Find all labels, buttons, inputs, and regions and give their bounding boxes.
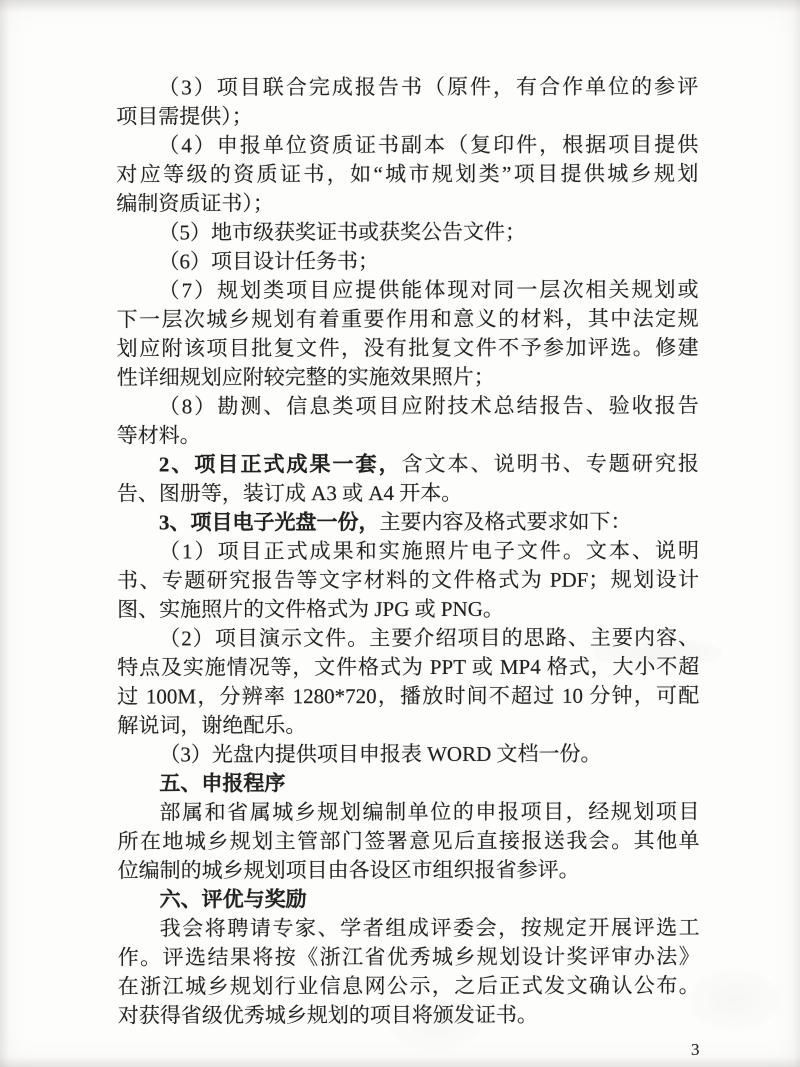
bold-text-run: 2、项目正式成果一套， bbox=[159, 452, 402, 476]
text-line: 部属和省属城乡规划编制单位的申报项目，经规划项目 bbox=[117, 797, 699, 827]
text-line: 过 100M，分辨率 1280*720，播放时间不超过 10 分钟，可配 bbox=[117, 681, 699, 711]
text-run: 等材料。 bbox=[117, 423, 201, 447]
text-run: （6）项目设计任务书； bbox=[158, 249, 379, 273]
text-line: （3）项目联合完成报告书（原件，有合作单位的参评 bbox=[116, 72, 698, 102]
text-line: （8）勘测、信息类项目应附技术总结报告、验收报告 bbox=[117, 391, 699, 421]
text-run: 对应等级的资质证书，如“城市规划类”项目提供城乡规划 bbox=[116, 161, 698, 186]
text-run: 图、实施照片的文件格式为 JPG 或 PNG。 bbox=[117, 597, 504, 622]
text-line: （7）规划类项目应提供能体现对同一层次相关规划或 bbox=[117, 275, 699, 305]
scan-edge-shadow-left bbox=[0, 0, 9, 1067]
text-line: （2）项目演示文件。主要介绍项目的思路、主要内容、 bbox=[117, 623, 699, 653]
text-line: 位编制的城乡规划项目由各设区市组织报省参评。 bbox=[118, 855, 700, 885]
text-line: 我会将聘请专家、学者组成评委会，按规定开展评选工 bbox=[118, 913, 700, 943]
bold-text-run: 五、申报程序 bbox=[159, 771, 285, 795]
text-line: 性详细规划应附较完整的实施效果照片； bbox=[117, 362, 699, 392]
text-run: 书、专题研究报告等文字材料的文件格式为 PDF；规划设计 bbox=[117, 567, 699, 592]
text-line: （6）项目设计任务书； bbox=[116, 246, 698, 276]
text-line: 下一层次城乡规划有着重要作用和意义的材料，其中法定规 bbox=[117, 304, 699, 334]
text-run: 我会将聘请专家、学者组成评委会，按规定开展评选工 bbox=[160, 915, 700, 940]
text-line: 2、项目正式成果一套，含文本、说明书、专题研究报 bbox=[117, 449, 699, 479]
text-run: （7）规划类项目应提供能体现对同一层次相关规划或 bbox=[159, 277, 699, 302]
text-line: 所在地城乡规划主管部门签署意见后直接报送我会。其他单 bbox=[117, 826, 699, 856]
text-run: 划应附该项目批复文件，没有批复文件不予参加评选。修建 bbox=[117, 335, 699, 360]
text-run: 告、图册等，装订成 A3 或 A4 开本。 bbox=[117, 481, 462, 506]
text-line: 对应等级的资质证书，如“城市规划类”项目提供城乡规划 bbox=[116, 159, 698, 189]
text-run: 特点及实施情况等，文件格式为 PPT 或 MP4 格式，大小不超 bbox=[117, 654, 699, 679]
text-line: 编制资质证书）； bbox=[116, 188, 698, 218]
scan-smudge bbox=[690, 970, 780, 1030]
text-run: 对获得省级优秀城乡规划的项目将颁发证书。 bbox=[118, 1003, 538, 1028]
text-line: 解说词，谢绝配乐。 bbox=[117, 710, 699, 740]
text-line: （5）地市级获奖证书或获奖公告文件； bbox=[116, 217, 698, 247]
text-run: 所在地城乡规划主管部门签署意见后直接报送我会。其他单 bbox=[117, 828, 699, 853]
text-line: 图、实施照片的文件格式为 JPG 或 PNG。 bbox=[117, 594, 699, 624]
text-line: 书、专题研究报告等文字材料的文件格式为 PDF；规划设计 bbox=[117, 565, 699, 595]
text-run: （3）项目联合完成报告书（原件，有合作单位的参评 bbox=[158, 74, 698, 99]
text-run: 过 100M，分辨率 1280*720，播放时间不超过 10 分钟，可配 bbox=[117, 683, 699, 708]
text-run: （4）申报单位资质证书副本（复印件，根据项目提供 bbox=[158, 132, 698, 157]
text-line: （3）光盘内提供项目申报表 WORD 文档一份。 bbox=[117, 739, 699, 769]
text-line: （4）申报单位资质证书副本（复印件，根据项目提供 bbox=[116, 130, 698, 160]
text-line: 特点及实施情况等，文件格式为 PPT 或 MP4 格式，大小不超 bbox=[117, 652, 699, 682]
text-line: 对获得省级优秀城乡规划的项目将颁发证书。 bbox=[118, 1000, 700, 1030]
text-line: 告、图册等，装订成 A3 或 A4 开本。 bbox=[117, 478, 699, 508]
text-run: （5）地市级获奖证书或获奖公告文件； bbox=[158, 220, 526, 245]
text-run: 项目需提供）； bbox=[116, 104, 253, 128]
bold-text-run: 六、评优与奖励 bbox=[160, 887, 307, 911]
text-line: 作。评选结果将按《浙江省优秀城乡规划设计奖评审办法》 bbox=[118, 942, 700, 972]
text-run: 解说词，谢绝配乐。 bbox=[117, 713, 306, 737]
text-run: （2）项目演示文件。主要介绍项目的思路、主要内容、 bbox=[159, 625, 699, 650]
text-run: 作。评选结果将按《浙江省优秀城乡规划设计奖评审办法》 bbox=[118, 944, 700, 969]
text-line: （1）项目正式成果和实施照片电子文件。文本、说明 bbox=[117, 536, 699, 566]
bold-text-run: 3、项目电子光盘一份， bbox=[159, 510, 380, 534]
scan-edge-shadow-bottom bbox=[0, 1057, 800, 1067]
page-number: 3 bbox=[691, 1040, 700, 1060]
scan-edge-shadow-right bbox=[793, 0, 800, 1067]
text-line: 六、评优与奖励 bbox=[118, 884, 700, 914]
text-line: 在浙江城乡规划行业信息网公示，之后正式发文确认公布。 bbox=[118, 971, 700, 1001]
text-line: 3、项目电子光盘一份，主要内容及格式要求如下： bbox=[117, 507, 699, 537]
text-run: 性详细规划应附较完整的实施效果照片； bbox=[117, 365, 495, 390]
text-run: 下一层次城乡规划有着重要作用和意义的材料，其中法定规 bbox=[117, 306, 699, 331]
text-run: 位编制的城乡规划项目由各设区市组织报省参评。 bbox=[118, 858, 580, 883]
text-line: 划应附该项目批复文件，没有批复文件不予参加评选。修建 bbox=[117, 333, 699, 363]
text-run: 主要内容及格式要求如下： bbox=[379, 510, 631, 534]
text-line: 五、申报程序 bbox=[117, 768, 699, 798]
text-run: （3）光盘内提供项目申报表 WORD 文档一份。 bbox=[159, 742, 601, 767]
text-line: 等材料。 bbox=[117, 420, 699, 450]
text-run: 部属和省属城乡规划编制单位的申报项目，经规划项目 bbox=[159, 799, 699, 824]
text-run: 在浙江城乡规划行业信息网公示，之后正式发文确认公布。 bbox=[118, 973, 700, 998]
text-run: 含文本、说明书、专题研究报 bbox=[402, 451, 699, 476]
text-run: 编制资质证书）； bbox=[116, 191, 274, 215]
text-run: （8）勘测、信息类项目应附技术总结报告、验收报告 bbox=[159, 393, 699, 418]
scan-edge-shadow-top bbox=[0, 0, 800, 12]
document-body: （3）项目联合完成报告书（原件，有合作单位的参评项目需提供）；（4）申报单位资质… bbox=[116, 72, 700, 1030]
document-page: （3）项目联合完成报告书（原件，有合作单位的参评项目需提供）；（4）申报单位资质… bbox=[0, 0, 800, 1067]
text-run: （1）项目正式成果和实施照片电子文件。文本、说明 bbox=[159, 538, 699, 563]
text-line: 项目需提供）； bbox=[116, 101, 698, 131]
